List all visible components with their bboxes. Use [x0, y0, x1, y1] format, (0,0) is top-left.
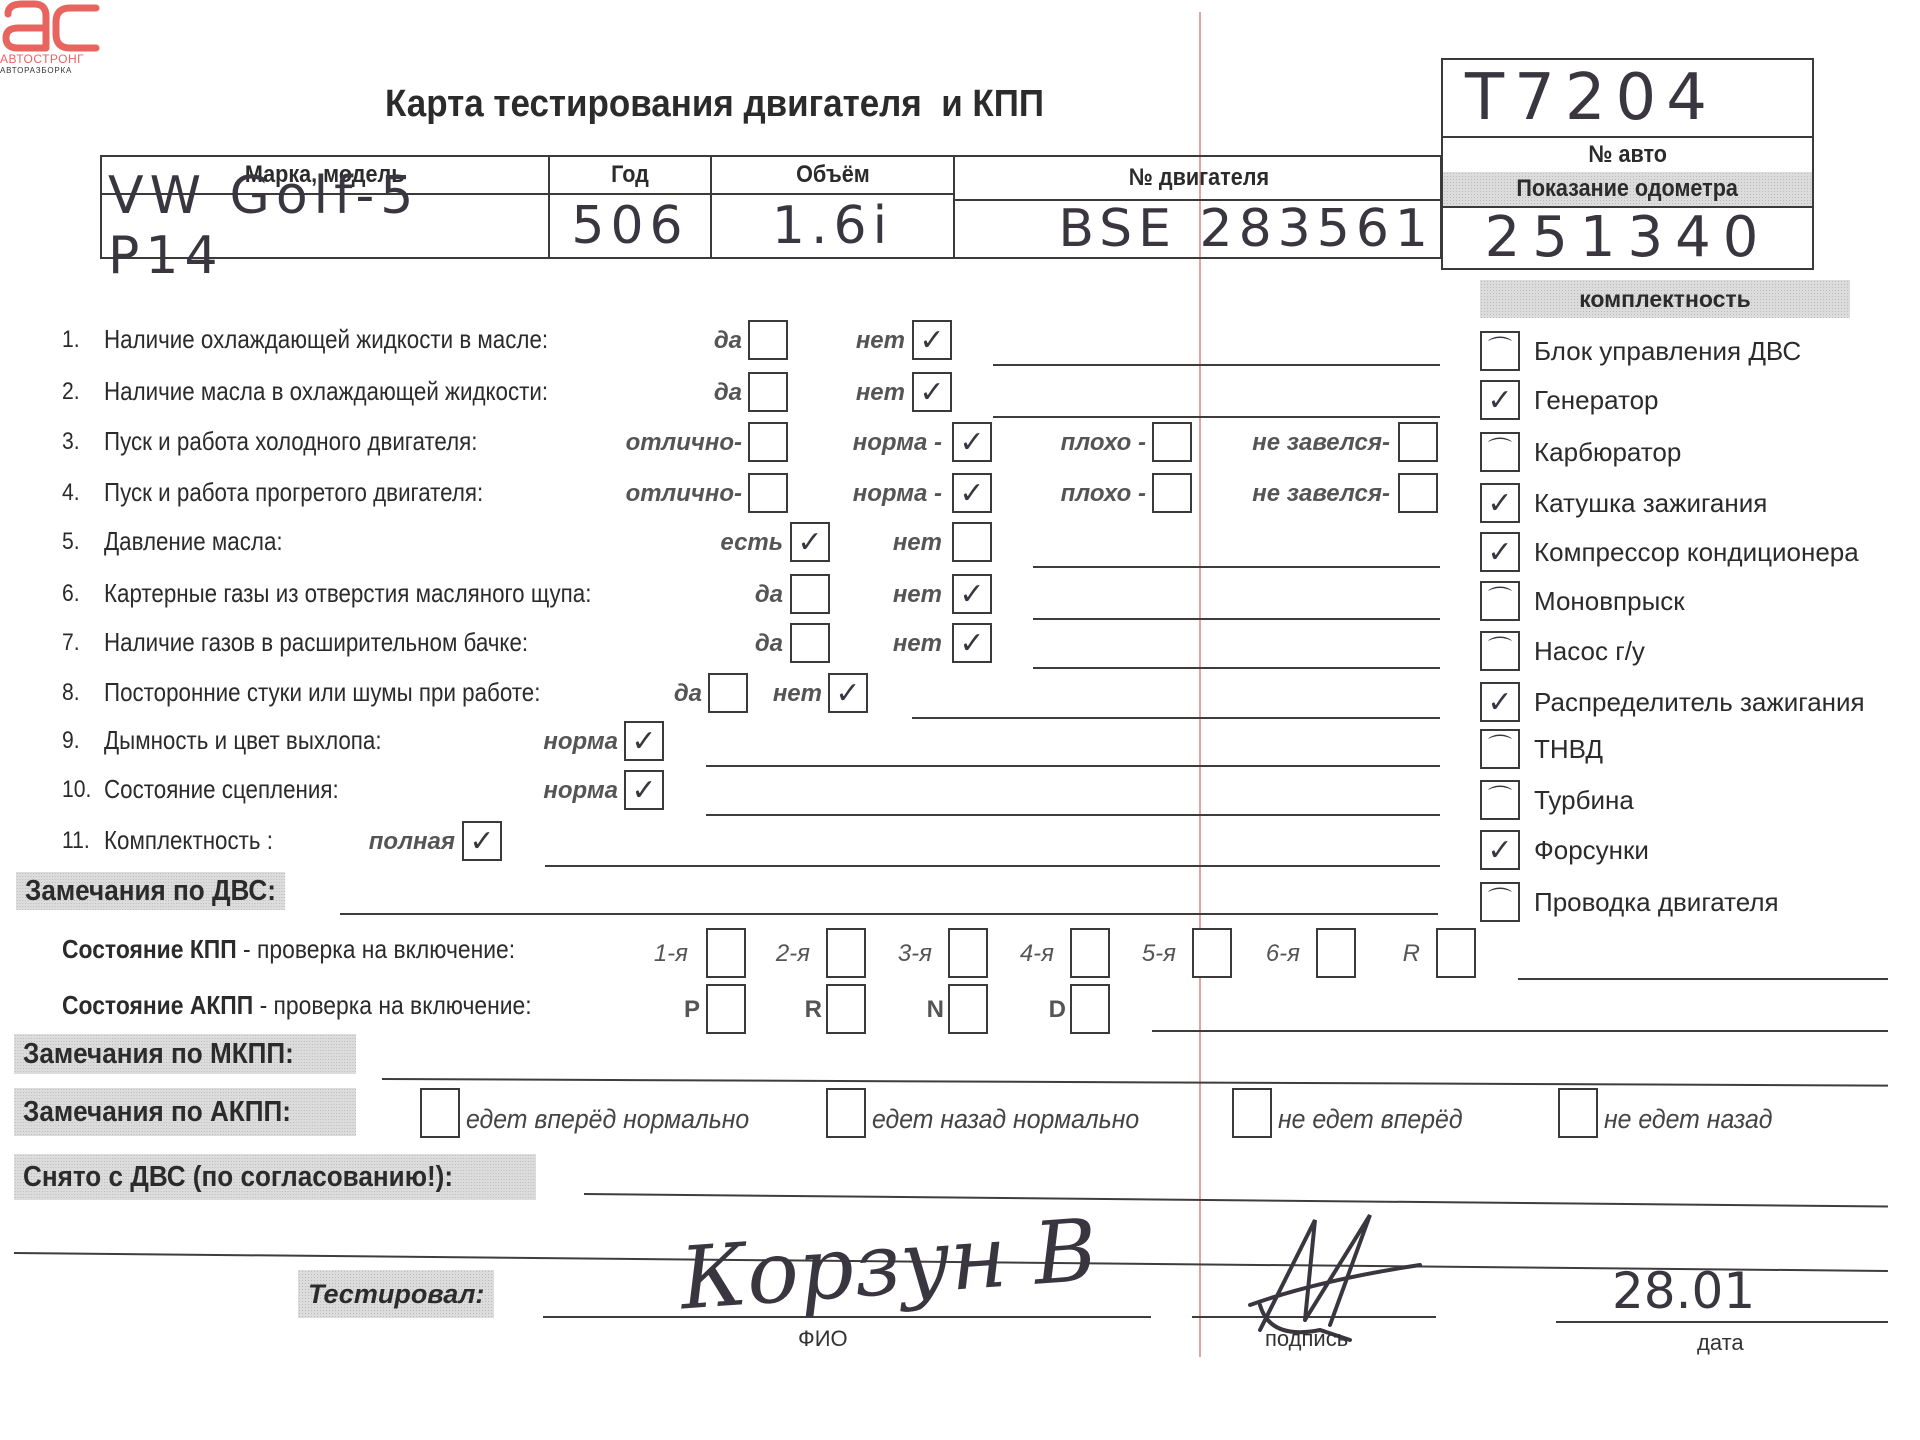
completeness-checkbox[interactable]: ⌒: [1480, 882, 1520, 922]
option-checkbox[interactable]: ✓: [624, 721, 664, 761]
check-number: 6.: [62, 580, 80, 608]
option-checkbox[interactable]: [748, 473, 788, 513]
name-caption: ФИО: [798, 1326, 848, 1352]
checkmark-icon: ✓: [919, 323, 944, 358]
removed-parts-field[interactable]: [584, 1193, 1888, 1208]
completeness-checkbox[interactable]: ✓: [1480, 682, 1520, 722]
completeness-label: Компрессор кондиционера: [1534, 537, 1859, 568]
option-checkbox[interactable]: ✓: [952, 422, 992, 462]
gear-checkbox[interactable]: [826, 928, 866, 978]
option-label: отлично-: [626, 480, 742, 508]
option-checkbox[interactable]: ✓: [912, 372, 952, 412]
checkmark-icon: ✓: [797, 525, 822, 560]
option-label: плохо -: [1061, 429, 1146, 457]
option-label: не завелся-: [1252, 480, 1390, 508]
akpp-remark-checkbox[interactable]: [1558, 1088, 1598, 1138]
check-question: Дымность и цвет выхлопа:: [104, 725, 382, 756]
manual-gearbox-label: Состояние КПП - проверка на включение:: [62, 934, 515, 965]
remarks-line-field[interactable]: [912, 717, 1440, 719]
gear-checkbox[interactable]: [1316, 928, 1356, 978]
option-checkbox[interactable]: ✓: [952, 473, 992, 513]
vehicle-table: Марка, модель Год Объём № двигателя VW G…: [100, 155, 1442, 259]
volume-field[interactable]: 1.6i: [712, 195, 955, 257]
option-checkbox[interactable]: [1398, 473, 1438, 513]
dash-mark-icon: ⌒: [1488, 579, 1512, 614]
checkmark-icon: ✓: [1487, 486, 1512, 521]
option-checkbox[interactable]: ✓: [624, 770, 664, 810]
completeness-label: ТНВД: [1534, 734, 1603, 765]
completeness-label: Генератор: [1534, 385, 1659, 416]
check-number: 4.: [62, 479, 80, 507]
akpp-remark-checkbox[interactable]: [420, 1088, 460, 1138]
option-checkbox[interactable]: ✓: [952, 574, 992, 614]
page-title: Карта тестирования двигателя и КПП: [385, 83, 1044, 126]
checkmark-icon: ✓: [919, 375, 944, 410]
option-checkbox[interactable]: [790, 574, 830, 614]
checkmark-icon: ✓: [959, 425, 984, 460]
gear-checkbox[interactable]: [706, 928, 746, 978]
checkmark-icon: ✓: [631, 724, 656, 759]
tested-by-label: Тестировал:: [298, 1270, 494, 1318]
remarks-line-field[interactable]: [993, 416, 1440, 418]
completeness-label: Форсунки: [1534, 835, 1649, 866]
year-field[interactable]: 506: [550, 195, 712, 257]
checkmark-icon: ✓: [835, 676, 860, 711]
check-question: Давление масла:: [104, 526, 283, 557]
akpp-remark-checkbox[interactable]: [1232, 1088, 1272, 1138]
gear-checkbox[interactable]: [1192, 928, 1232, 978]
gear-label: 6-я: [1266, 940, 1300, 968]
option-label: да: [714, 379, 742, 407]
check-question: Наличие газов в расширительном бачке:: [104, 627, 528, 658]
check-question: Наличие охлаждающей жидкости в масле:: [104, 324, 548, 355]
remarks-line-field[interactable]: [1033, 618, 1440, 620]
checkmark-icon: ✓: [1487, 535, 1512, 570]
check-question: Картерные газы из отверстия масляного щу…: [104, 578, 591, 609]
checkmark-icon: ✓: [959, 626, 984, 661]
completeness-label: Блок управления ДВС: [1534, 336, 1801, 367]
check-question: Состояние сцепления:: [104, 774, 339, 805]
engine-remarks-label: Замечания по ДВС:: [16, 872, 285, 910]
logo-subtitle: АВТОРАЗБОРКА: [0, 66, 72, 75]
manual-gearbox-notes-field[interactable]: [1518, 978, 1888, 980]
gear-label: N: [927, 996, 944, 1024]
dash-mark-icon: ⌒: [1488, 329, 1512, 364]
signature-caption: подпись: [1265, 1326, 1348, 1352]
completeness-label: Проводка двигателя: [1534, 887, 1779, 918]
option-label: норма -: [853, 480, 942, 508]
remarks-line-field[interactable]: [1033, 667, 1440, 669]
akpp-remark-checkbox[interactable]: [826, 1088, 866, 1138]
option-label: есть: [720, 529, 783, 557]
option-label: нет: [893, 529, 942, 557]
completeness-checkbox[interactable]: ✓: [1480, 532, 1520, 572]
option-label: норма -: [853, 429, 942, 457]
checkmark-icon: ✓: [959, 476, 984, 511]
completeness-checkbox[interactable]: ⌒: [1480, 432, 1520, 472]
gear-checkbox[interactable]: [948, 928, 988, 978]
date-caption: дата: [1697, 1330, 1744, 1356]
option-checkbox[interactable]: [748, 422, 788, 462]
remarks-line-field[interactable]: [1033, 566, 1440, 568]
check-number: 3.: [62, 428, 80, 456]
checkmark-icon: ✓: [631, 773, 656, 808]
dash-mark-icon: ⌒: [1488, 430, 1512, 465]
engine-remarks-field[interactable]: [340, 913, 1438, 915]
gear-label: P: [684, 996, 700, 1024]
dash-mark-icon: ⌒: [1488, 880, 1512, 915]
option-checkbox[interactable]: ✓: [828, 673, 868, 713]
gear-checkbox[interactable]: [1070, 928, 1110, 978]
option-label: нет: [893, 630, 942, 658]
completeness-header: комплектность: [1480, 280, 1850, 318]
option-checkbox[interactable]: [790, 623, 830, 663]
check-question: Пуск и работа прогретого двигателя:: [104, 477, 483, 508]
gear-checkbox[interactable]: [706, 984, 746, 1034]
auto-gearbox-notes-field[interactable]: [1152, 1030, 1888, 1032]
completeness-checkbox[interactable]: ⌒: [1480, 631, 1520, 671]
gear-label: R: [805, 996, 822, 1024]
car-number-field[interactable]: T7204: [1443, 60, 1812, 138]
date-field[interactable]: [1556, 1321, 1888, 1323]
remarks-line-field[interactable]: [545, 865, 1440, 867]
th-engine-no: № двигателя: [955, 157, 1442, 201]
option-label: да: [755, 630, 783, 658]
option-label: да: [755, 581, 783, 609]
odometer-field[interactable]: 251340: [1443, 206, 1812, 268]
option-label: плохо -: [1061, 480, 1146, 508]
gear-checkbox[interactable]: [948, 984, 988, 1034]
completeness-label: Турбина: [1534, 785, 1634, 816]
mkpp-remarks-label: Замечания по МКПП:: [14, 1034, 356, 1074]
remarks-line-field[interactable]: [706, 765, 1440, 767]
completeness-checkbox[interactable]: ⌒: [1480, 780, 1520, 820]
gear-label: 1-я: [654, 940, 688, 968]
gear-label: D: [1049, 996, 1066, 1024]
option-label: норма: [543, 728, 618, 756]
check-question: Наличие масла в охлаждающей жидкости:: [104, 376, 548, 407]
gear-label: 5-я: [1142, 940, 1176, 968]
option-label: да: [714, 327, 742, 355]
option-checkbox[interactable]: [708, 673, 748, 713]
akpp-remark-label: не едет вперёд: [1278, 1104, 1463, 1135]
gear-label: 4-я: [1020, 940, 1054, 968]
option-checkbox[interactable]: ✓: [790, 522, 830, 562]
option-checkbox[interactable]: ✓: [912, 320, 952, 360]
make-model-field[interactable]: VW Golf-5 P14: [102, 195, 550, 257]
option-label: нет: [856, 327, 905, 355]
option-label: норма: [543, 777, 618, 805]
option-checkbox[interactable]: [748, 372, 788, 412]
gear-label: 3-я: [898, 940, 932, 968]
option-label: не завелся-: [1252, 429, 1390, 457]
option-checkbox[interactable]: ✓: [462, 821, 502, 861]
akpp-remark-label: едет вперёд нормально: [466, 1104, 749, 1135]
completeness-checkbox[interactable]: ✓: [1480, 483, 1520, 523]
check-question: Посторонние стуки или шумы при работе:: [104, 677, 540, 708]
check-number: 2.: [62, 378, 80, 406]
option-label: отлично-: [626, 429, 742, 457]
akpp-remarks-label: Замечания по АКПП:: [14, 1088, 356, 1136]
th-volume: Объём: [712, 157, 955, 195]
completeness-label: Катушка зажигания: [1534, 488, 1767, 519]
gear-checkbox[interactable]: [826, 984, 866, 1034]
checkmark-icon: ✓: [1487, 383, 1512, 418]
completeness-label: Насос г/у: [1534, 636, 1645, 667]
gear-checkbox[interactable]: [1436, 928, 1476, 978]
dash-mark-icon: ⌒: [1488, 727, 1512, 762]
dash-mark-icon: ⌒: [1488, 778, 1512, 813]
checkmark-icon: ✓: [1487, 685, 1512, 720]
completeness-checkbox[interactable]: ⌒: [1480, 581, 1520, 621]
car-info-box: T7204 № авто Показание одометра 251340: [1441, 58, 1814, 270]
option-checkbox[interactable]: [952, 522, 992, 562]
remarks-line-field[interactable]: [993, 364, 1440, 366]
th-year: Год: [550, 157, 712, 195]
option-label: нет: [856, 379, 905, 407]
tester-name-value: Корзун В: [677, 1201, 1100, 1330]
dash-mark-icon: ⌒: [1488, 629, 1512, 664]
completeness-label: Распределитель зажигания: [1534, 687, 1865, 718]
akpp-remark-label: едет назад нормально: [872, 1104, 1139, 1135]
engine-no-field[interactable]: BSE 283561: [955, 201, 1442, 257]
option-checkbox[interactable]: [1152, 473, 1192, 513]
check-number: 11.: [62, 827, 90, 855]
check-question: Комплектность :: [104, 825, 273, 856]
gear-checkbox[interactable]: [1070, 984, 1110, 1034]
option-checkbox[interactable]: [1152, 422, 1192, 462]
check-number: 7.: [62, 629, 80, 657]
completeness-checkbox[interactable]: ⌒: [1480, 331, 1520, 371]
auto-gearbox-label: Состояние АКПП - проверка на включение:: [62, 990, 532, 1021]
completeness-checkbox[interactable]: ⌒: [1480, 729, 1520, 769]
completeness-checkbox[interactable]: ✓: [1480, 380, 1520, 420]
option-label: нет: [893, 581, 942, 609]
remarks-line-field[interactable]: [706, 814, 1440, 816]
checkmark-icon: ✓: [1487, 833, 1512, 868]
completeness-label: Моновпрыск: [1534, 586, 1685, 617]
odometer-label: Показание одометра: [1443, 172, 1812, 208]
gear-label: 2-я: [776, 940, 810, 968]
mkpp-remarks-field[interactable]: [382, 1078, 1888, 1087]
check-number: 1.: [62, 326, 80, 354]
gear-label: R: [1403, 940, 1420, 968]
check-number: 5.: [62, 528, 80, 556]
akpp-remark-label: не едет назад: [1604, 1104, 1773, 1135]
option-label: полная: [369, 828, 455, 856]
check-question: Пуск и работа холодного двигателя:: [104, 426, 477, 457]
removed-parts-label: Снято с ДВС (по согласованию!):: [14, 1154, 536, 1200]
completeness-label: Карбюратор: [1534, 437, 1681, 468]
checkmark-icon: ✓: [469, 824, 494, 859]
car-number-label: № авто: [1443, 138, 1812, 174]
logo-ac-icon: [0, 0, 100, 52]
check-number: 10.: [62, 776, 91, 804]
option-checkbox[interactable]: [1398, 422, 1438, 462]
logo-brand-name: АВТОСТРОНГ: [0, 52, 84, 66]
check-number: 8.: [62, 679, 80, 707]
check-number: 9.: [62, 727, 80, 755]
option-checkbox[interactable]: [748, 320, 788, 360]
option-label: нет: [773, 680, 822, 708]
completeness-checkbox[interactable]: ✓: [1480, 830, 1520, 870]
option-label: да: [674, 680, 702, 708]
option-checkbox[interactable]: ✓: [952, 623, 992, 663]
date-value: 28.01: [1612, 1262, 1755, 1320]
checkmark-icon: ✓: [959, 577, 984, 612]
